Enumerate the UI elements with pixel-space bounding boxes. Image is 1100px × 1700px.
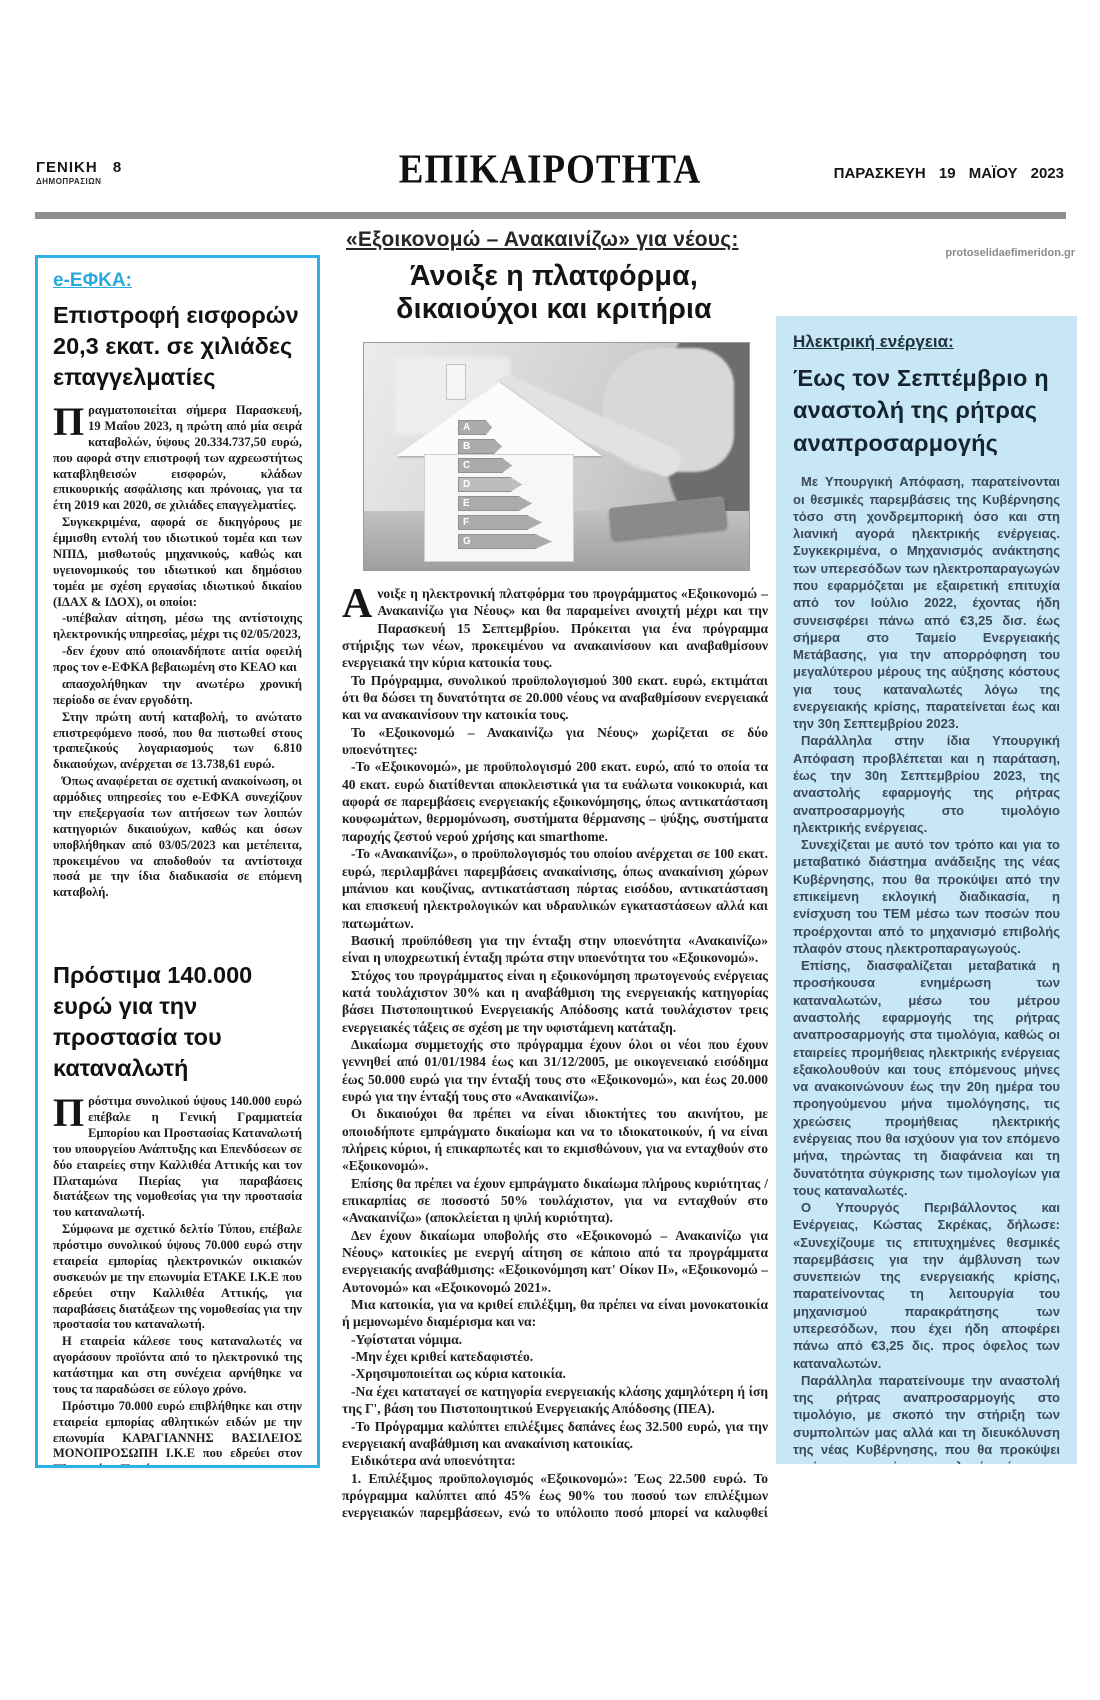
paragraph: Με Υπουργική Απόφαση, παρατείνονται οι θ… (793, 473, 1060, 732)
paragraph: -Υφίσταται νόμιμα. (342, 1331, 768, 1348)
paragraph: Συνεχίζεται με αυτό τον τρόπο και για το… (793, 836, 1060, 957)
article1-paragraph-list: Συγκεκριμένα, αφορά σε δικηγόρους με έμμ… (53, 515, 302, 901)
paragraph: Βασική προϋπόθεση για την ένταξη στην υπ… (342, 932, 768, 967)
paragraph: Παράλληλα στην ίδια Υπουργική Απόφαση πρ… (793, 732, 1060, 836)
article2-lead-paragraph: Πρόστιμα συνολικού ύψους 140.000 ευρώ επ… (53, 1094, 302, 1221)
right-headline: Έως τον Σεπτέμβριο η αναστολή της ρήτρας… (793, 362, 1060, 459)
article1-headline: Επιστροφή εισφορών 20,3 εκατ. σε χιλιάδε… (53, 300, 302, 393)
article2-headline: Πρόστιμα 140.000 ευρώ για την προστασία … (53, 960, 302, 1084)
energy-label-tag: D (458, 477, 522, 492)
article1-body: Πραγματοποιείται σήμερα Παρασκευή, 19 Μα… (53, 403, 302, 901)
right-kicker: Ηλεκτρική ενέργεια: (793, 332, 1060, 352)
paragraph: Δικαίωμα συμμετοχής στο πρόγραμμα έχουν … (342, 1036, 768, 1105)
energy-label-tag: F (458, 515, 542, 530)
center-article: «Εξοικονομώ – Ανακαινίζω» για νέους: Άνο… (338, 228, 770, 1523)
article1-kicker: e-ΕΦΚΑ: (53, 270, 302, 292)
watermark-url: protoselidaefimeridon.gr (945, 247, 1075, 259)
paragraph: Στην πρώτη αυτή καταβολή, το ανώτατο επι… (53, 710, 302, 774)
paragraph: Οι δικαιούχοι θα πρέπει να είναι ιδιοκτή… (342, 1105, 768, 1174)
paragraph: -υπέβαλαν αίτηση, μέσω της αντίστοιχης η… (53, 611, 302, 643)
center-kicker: «Εξοικονομώ – Ανακαινίζω» για νέους: (346, 228, 739, 252)
center-headline: Άνοιξε η πλατφόρμα, δικαιούχοι και κριτή… (338, 260, 770, 326)
paragraph: Πρόστιμο 70.000 ευρώ επιβλήθηκε και στην… (53, 1399, 302, 1468)
paragraph: 1. Επιλέξιμος προϋπολογισμός «Εξοικονομώ… (342, 1470, 768, 1523)
dropcap-letter: Π (53, 1094, 88, 1129)
right-article-panel: Ηλεκτρική ενέργεια: Έως τον Σεπτέμβριο η… (776, 316, 1077, 1464)
paragraph: Ο Υπουργός Περιβάλλοντος και Ενέργειας, … (793, 1199, 1060, 1372)
paragraph: -Το Πρόγραμμα καλύπτει επιλέξιμες δαπάνε… (342, 1418, 768, 1453)
paragraph: Μια κατοικία, για να κριθεί επιλέξιμη, θ… (342, 1296, 768, 1331)
right-body: Με Υπουργική Απόφαση, παρατείνονται οι θ… (793, 473, 1060, 1464)
paragraph: Το Πρόγραμμα, συνολικού προϋπολογισμού 3… (342, 672, 768, 724)
article-gap (53, 902, 302, 958)
article2-body: Πρόστιμα συνολικού ύψους 140.000 ευρώ επ… (53, 1094, 302, 1468)
energy-label-tag: E (458, 496, 532, 511)
paragraph: Όπως αναφέρεται σε σχετική ανακοίνωση, ο… (53, 774, 302, 901)
lead-text: ραγματοποιείται σήμερα Παρασκευή, 19 Μαΐ… (53, 403, 302, 512)
paragraph: -Το «Εξοικονομώ», με προϋπολογισμό 200 ε… (342, 758, 768, 845)
paragraph: Δεν έχουν δικαίωμα υποβολής στο «Εξοικον… (342, 1227, 768, 1296)
center-lead-paragraph: Ανοιξε η ηλεκτρονική πλατφόρμα του προγρ… (342, 585, 768, 672)
paragraph: Το «Εξοικονομώ – Ανακαινίζω για Νέους» χ… (342, 724, 768, 759)
paragraph: -Χρησιμοποιείται ως κύρια κατοικία. (342, 1365, 768, 1382)
newspaper-page: ΓΕΝΙΚΗ 8 ΔΗΜΟΠΡΑΣΙΩΝ ΕΠΙΚΑΙΡΟΤΗΤΑ ΠΑΡΑΣΚ… (0, 0, 1100, 1700)
paragraph: Ειδικότερα ανά υποενότητα: (342, 1452, 768, 1469)
left-article-box: e-ΕΦΚΑ: Επιστροφή εισφορών 20,3 εκατ. σε… (35, 255, 320, 1468)
paragraph: απασχολήθηκαν την ανωτέρω χρονική περίοδ… (53, 677, 302, 709)
paragraph: -Το «Ανακαινίζω», ο προϋπολογισμός του ο… (342, 845, 768, 932)
paragraph: Συγκεκριμένα, αφορά σε δικηγόρους με έμμ… (53, 515, 302, 610)
paragraph: -Μην έχει κριθεί κατεδαφιστέο. (342, 1348, 768, 1365)
dropcap-letter: Α (342, 585, 377, 622)
paragraph: -Να έχει καταταγεί σε κατηγορία ενεργεια… (342, 1383, 768, 1418)
dropcap-letter: Π (53, 403, 88, 438)
energy-label-tag: B (458, 439, 502, 454)
paragraph: Η εταιρεία κάλεσε τους καταναλωτές να αγ… (53, 1334, 302, 1398)
paragraph: Επίσης θα πρέπει να έχουν εμπράγματο δικ… (342, 1175, 768, 1227)
center-paragraph-list: Το Πρόγραμμα, συνολικού προϋπολογισμού 3… (342, 672, 768, 1523)
header-divider (35, 212, 1066, 219)
article-photo: ABCDEFG (363, 342, 750, 571)
paragraph: -δεν έχουν από οποιανδήποτε αιτία οφειλή… (53, 644, 302, 676)
house-chimney-shape (446, 364, 466, 400)
article2-paragraph-list: Σύμφωνα με σχετικό δελτίο Τύπου, επέβαλε… (53, 1222, 302, 1468)
center-body: Ανοιξε η ηλεκτρονική πλατφόρμα του προγρ… (342, 585, 768, 1523)
energy-label-tag: A (458, 420, 492, 435)
energy-rating-labels: ABCDEFG (458, 420, 578, 553)
energy-label-tag: C (458, 458, 512, 473)
lead-text: νοιξε η ηλεκτρονική πλατφόρμα του προγρά… (342, 586, 768, 670)
energy-label-tag: G (458, 534, 552, 549)
paragraph: Παράλληλα παρατείνουμε την αναστολή της … (793, 1372, 1060, 1464)
photo-model-house: ABCDEFG (424, 382, 574, 562)
page-date: ΠΑΡΑΣΚΕΥΗ 19 ΜΑΪΟΥ 2023 (834, 165, 1064, 182)
lead-text: ρόστιμα συνολικού ύψους 140.000 ευρώ επέ… (53, 1094, 302, 1219)
paragraph: Σύμφωνα με σχετικό δελτίο Τύπου, επέβαλε… (53, 1222, 302, 1333)
article1-lead-paragraph: Πραγματοποιείται σήμερα Παρασκευή, 19 Μα… (53, 403, 302, 514)
paragraph: Επίσης, διασφαλίζεται μεταβατικά η προσή… (793, 957, 1060, 1199)
paragraph: Στόχος του προγράμματος είναι η εξοικονό… (342, 967, 768, 1036)
